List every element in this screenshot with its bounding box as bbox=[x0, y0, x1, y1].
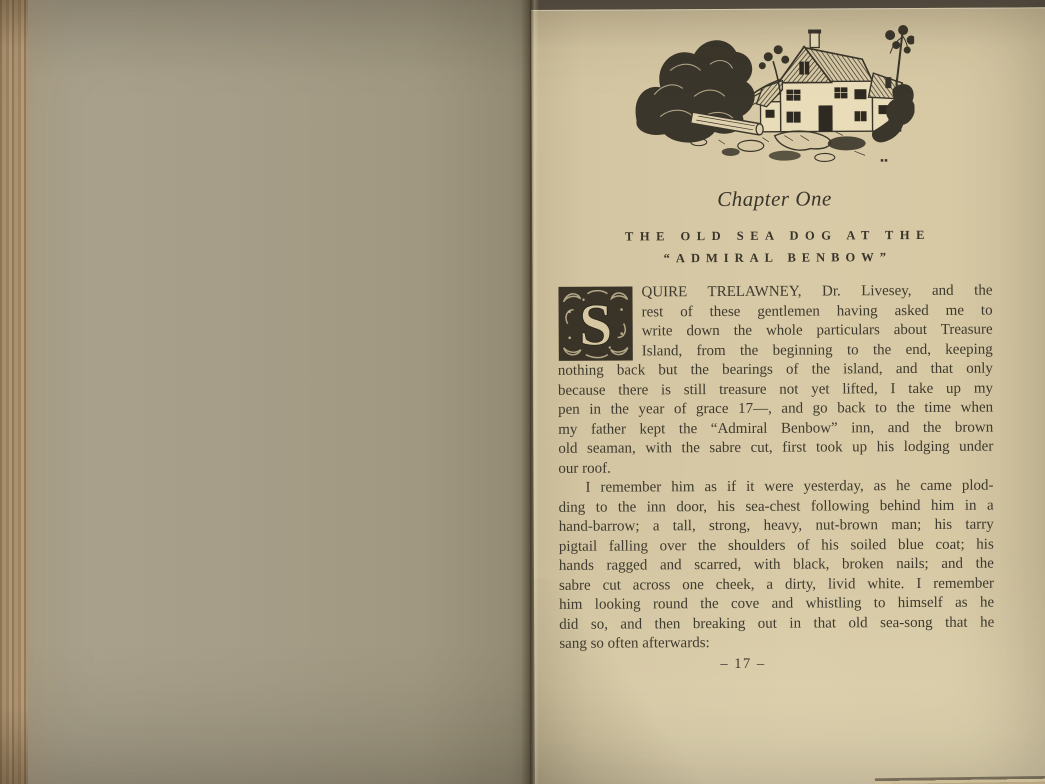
chapter-title-line-1: THE OLD SEA DOG AT THE bbox=[557, 228, 992, 245]
page-edges-strip bbox=[0, 0, 30, 784]
body-text: S QUIRE TRELAWNEY, Dr. Livesey, and the … bbox=[557, 282, 994, 655]
paragraph-line: hand-barrow; a tall, strong, heavy, nut-… bbox=[559, 516, 994, 538]
printed-page-content: Chapter One THE OLD SEA DOG AT THE “ADMI… bbox=[556, 23, 994, 674]
blank-verso-page bbox=[28, 0, 530, 784]
chapter-title-line-2: “ADMIRAL BENBOW” bbox=[557, 250, 992, 267]
bottom-page-edge bbox=[875, 776, 1045, 784]
page-number: – 17 – bbox=[525, 654, 960, 673]
paragraph-line: pen in the year of grace 17—, and go bac… bbox=[558, 399, 993, 421]
paragraph-line: him looking round the cove and whistling… bbox=[559, 594, 994, 616]
paragraph-line: I remember him as if it were yesterday, … bbox=[558, 477, 993, 499]
paragraph-line: our roof. bbox=[558, 457, 993, 479]
paragraph-line: my father kept the “Admiral Benbow” inn,… bbox=[558, 418, 993, 440]
paragraph-line: because there is still treasure not yet … bbox=[558, 379, 993, 401]
book-recto-page: Chapter One THE OLD SEA DOG AT THE “ADMI… bbox=[531, 7, 1045, 784]
inn-woodcut-illustration bbox=[634, 23, 915, 172]
paragraph-line: ding to the inn door, his sea-chest foll… bbox=[559, 496, 994, 518]
open-book-photo: Chapter One THE OLD SEA DOG AT THE “ADMI… bbox=[0, 0, 1045, 784]
paragraph-line: sang so often afterwards: bbox=[559, 633, 994, 655]
paragraph-line: did so, and then breaking out in that ol… bbox=[559, 613, 994, 635]
ornamental-drop-cap: S bbox=[557, 285, 633, 361]
paragraph-line: pigtail falling over the shoulders of hi… bbox=[559, 535, 994, 557]
paragraph-line: sabre cut across one cheek, a dirty, liv… bbox=[559, 574, 994, 596]
paragraph-line: old seaman, with the sabre cut, first to… bbox=[558, 438, 993, 460]
chapter-heading: Chapter One bbox=[557, 186, 992, 213]
drop-cap-letter: S bbox=[579, 292, 613, 358]
paragraph-line: nothing back but the bearings of the isl… bbox=[558, 360, 993, 382]
paragraph-line: hands ragged and scarred, with black, br… bbox=[559, 555, 994, 577]
